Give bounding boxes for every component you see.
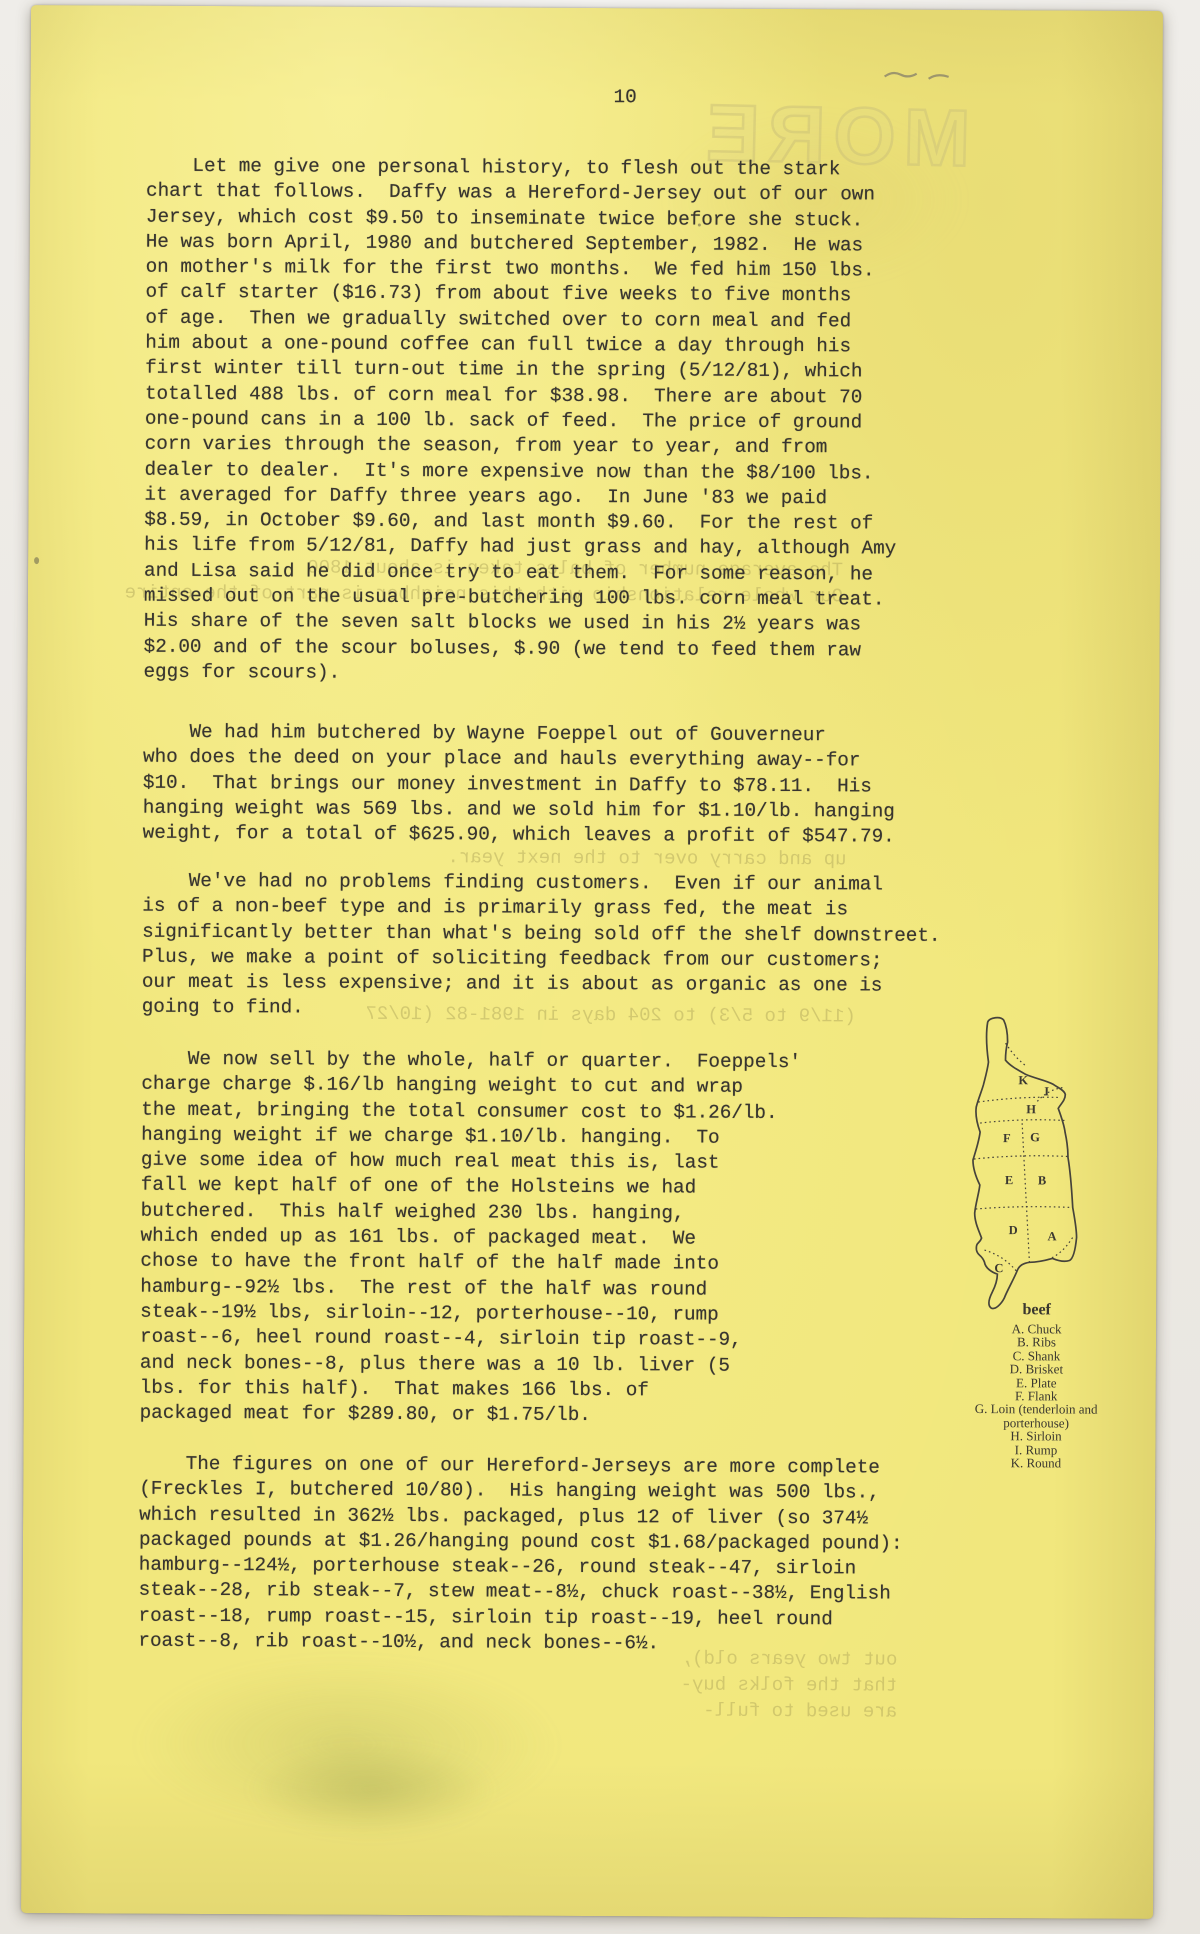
scanner-background: MORE The average number of bales taken i… [0, 0, 1200, 1934]
cut-line [980, 1119, 1065, 1123]
carcass-outline [972, 1018, 1078, 1309]
region-letter-flank: F [1003, 1131, 1011, 1145]
region-letter-shank: C [994, 1261, 1003, 1275]
region-letter-chuck: A [1048, 1229, 1057, 1243]
cut-line [976, 1206, 1073, 1209]
bleedthrough-line: are used to full- [617, 1698, 897, 1724]
legend-item-loin: G. Loin (tenderloin and porterhouse) [919, 1402, 1154, 1430]
region-letter-brisket: D [1009, 1223, 1018, 1237]
paragraph-selling: We now sell by the whole, half or quarte… [140, 1047, 942, 1431]
beef-cuts-diagram: K I H F G E B D A C [959, 1010, 1111, 1323]
cut-line [974, 1155, 1068, 1159]
paragraph-butchering: We had him butchered by Wayne Foeppel ou… [143, 720, 944, 851]
cut-line [1021, 1123, 1030, 1262]
region-letter-sirloin: H [1026, 1102, 1036, 1116]
region-letter-ribs: B [1038, 1173, 1046, 1187]
scanned-page: MORE The average number of bales taken i… [21, 5, 1163, 1919]
page-number: 10 [613, 86, 636, 108]
stain [246, 1741, 496, 1837]
speck [34, 557, 39, 564]
pen-mark [883, 65, 953, 87]
cut-line [1037, 1087, 1063, 1101]
region-letter-loin: G [1030, 1130, 1040, 1144]
paragraph-daffy-history: Let me give one personal history, to fle… [143, 154, 946, 689]
paragraph-freckles-figures: The figures on one of our Hereford-Jerse… [138, 1452, 949, 1659]
beef-cuts-legend: beef A. Chuck B. Ribs C. Shank D. Briske… [918, 1300, 1154, 1471]
region-letter-plate: E [1005, 1173, 1013, 1187]
legend-caption: beef [919, 1300, 1154, 1321]
legend-item-round: K. Round [918, 1456, 1153, 1471]
paragraph-customers: We've had no problems finding customers.… [142, 869, 943, 1025]
region-letter-round: K [1018, 1073, 1028, 1087]
region-letter-rump: I [1044, 1084, 1049, 1098]
bleedthrough-line: that the folks buy- [617, 1672, 897, 1698]
